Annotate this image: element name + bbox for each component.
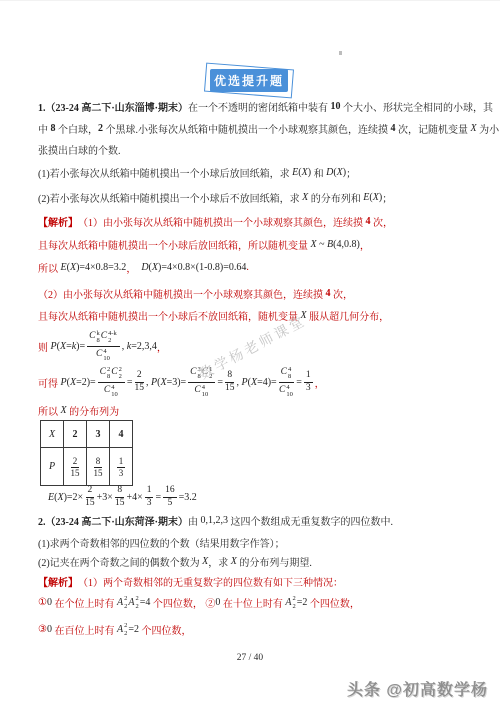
table-cell-p-value: 815: [87, 448, 110, 486]
problem1-statement-line2: 中 8 个白球，2 个黑球.小张每次从纸箱中随机摸出一个小球观察其颜色，连续摸 …: [38, 121, 499, 136]
solution1-probability-values: 可得 P(X=2)=C28C22C410=215, P(X=3)=C38C12C…: [38, 367, 325, 397]
solution1-part2-line2: 且每次从纸箱中随机摸出一个小球后不放回纸箱，随机变量 X 服从超几何分布，: [38, 308, 389, 323]
problem2-statement: 2.（23-24 高二下·山东菏泽·期末）由 0,1,2,3 这四个数组成无重复…: [38, 513, 393, 528]
problem1-statement-line3: 张摸出白球的个数.: [38, 142, 121, 157]
solution2-case3: ③0 在百位上时有 A22=2 个四位数，: [38, 622, 191, 637]
table-cell-x-value: 3: [87, 421, 110, 448]
solution2-line1: 【解析】（1）两个奇数相邻的无重复数字的四位数有如下三种情况：: [38, 574, 343, 589]
solution1-line3-expectation-variance: 所以 E(X)=4×0.8=3.2， D(X)=4×0.8×(1-0.8)=0.…: [38, 260, 249, 275]
table-cell-x-value: 2: [64, 421, 87, 448]
document-page: 优选提升题 1.（23-24 高二下·山东淄博·期末）在一个不透明的密闭纸箱中装…: [0, 0, 500, 708]
solution1-part2-line1: （2）由小张每次从纸箱中随机摸出一个小球观察其颜色，连续摸 4 次，: [38, 286, 353, 301]
problem1-part2: (2)若小张每次从纸箱中随机摸出一个小球后不放回纸箱，求 X 的分布列和 E(X…: [38, 190, 392, 205]
table-row-p: P 215 815 13: [41, 448, 133, 486]
table-cell-x-value: 4: [110, 421, 133, 448]
table-cell-x-label: X: [41, 421, 64, 448]
solution1-line2: 且每次从纸箱中随机摸出一个小球后放回纸箱，所以随机变量 X ~ B(4,0.8)…: [38, 237, 370, 252]
problem1-part1: (1)若小张每次从纸箱中随机摸出一个小球后放回纸箱，求 E(X) 和 D(X)；: [38, 165, 356, 180]
problem1-statement-line1: 1.（23-24 高二下·山东淄博·期末）在一个不透明的密闭纸箱中装有 10 个…: [38, 99, 493, 114]
problem2-part1: (1)求两个奇数相邻的四位数的个数（结果用数字作答）；: [38, 535, 285, 550]
solution1-distribution-intro: 所以 X 的分布列为: [38, 403, 119, 418]
solution1-expectation-calculation: E(X)=2×215+3×815+4×13=165=3.2: [48, 482, 197, 512]
stray-mark: [339, 51, 342, 55]
table-cell-p-value: 215: [64, 448, 87, 486]
brand-watermark: 头条 @初高数学杨: [347, 677, 488, 700]
table-cell-p-value: 13: [110, 448, 133, 486]
solution1-line1: 【解析】（1）由小张每次从纸箱中随机摸出一个小球观察其颜色，连续摸 4 次，: [38, 214, 393, 229]
solution2-case1-case2: ①0 在个位上时有 A22A22=4 个四位数， ②0 在十位上时有 A22=2…: [38, 595, 360, 610]
badge-background: 优选提升题: [210, 69, 288, 92]
solution1-hypergeometric-formula: 则 P(X=k)=Ck8C4-k2C410, k=2,3,4，: [38, 331, 167, 361]
badge-label: 优选提升题: [214, 72, 284, 89]
table-cell-p-label: P: [41, 448, 64, 486]
page-number: 27 / 40: [0, 653, 500, 663]
table-row-x: X 2 3 4: [41, 421, 133, 448]
problem2-part2: (2)记夹在两个奇数之间的偶数个数为 X，求 X 的分布列与期望.: [38, 554, 312, 569]
distribution-table: X 2 3 4 P 215 815 13: [40, 420, 133, 486]
section-badge: 优选提升题: [210, 69, 288, 92]
